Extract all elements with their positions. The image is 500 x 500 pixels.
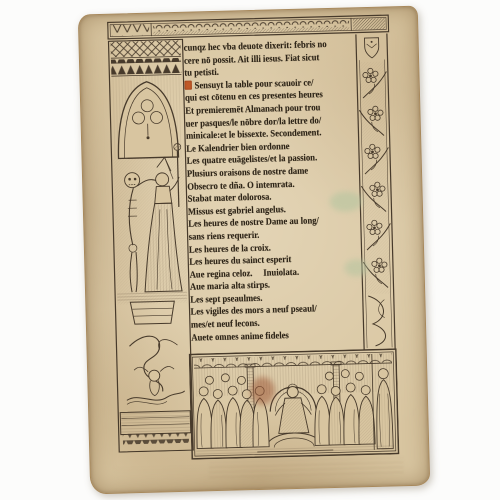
left-border-woodcut: [107, 39, 194, 453]
scroll-ornament-putto: [125, 335, 185, 405]
base-with-fringe: [120, 411, 191, 445]
show-through-text: [209, 457, 404, 478]
shield-ornament: [364, 38, 379, 58]
photo-backdrop: cunqz hec vba deuote dixerit: febris no …: [0, 0, 500, 500]
chevron-panels: [111, 40, 182, 76]
gothic-tracery: [111, 75, 183, 159]
death-and-lady-figures: [113, 143, 187, 304]
top-border-woodcut: [107, 13, 389, 40]
text-block: cunqz hec vba deuote dixerit: febris no …: [184, 38, 372, 345]
bottom-woodcut-scene: [189, 348, 400, 459]
pedestal: [130, 301, 175, 324]
book-page: cunqz hec vba deuote dixerit: febris no …: [78, 6, 430, 495]
rubricated-paragraph-mark: [185, 80, 192, 89]
